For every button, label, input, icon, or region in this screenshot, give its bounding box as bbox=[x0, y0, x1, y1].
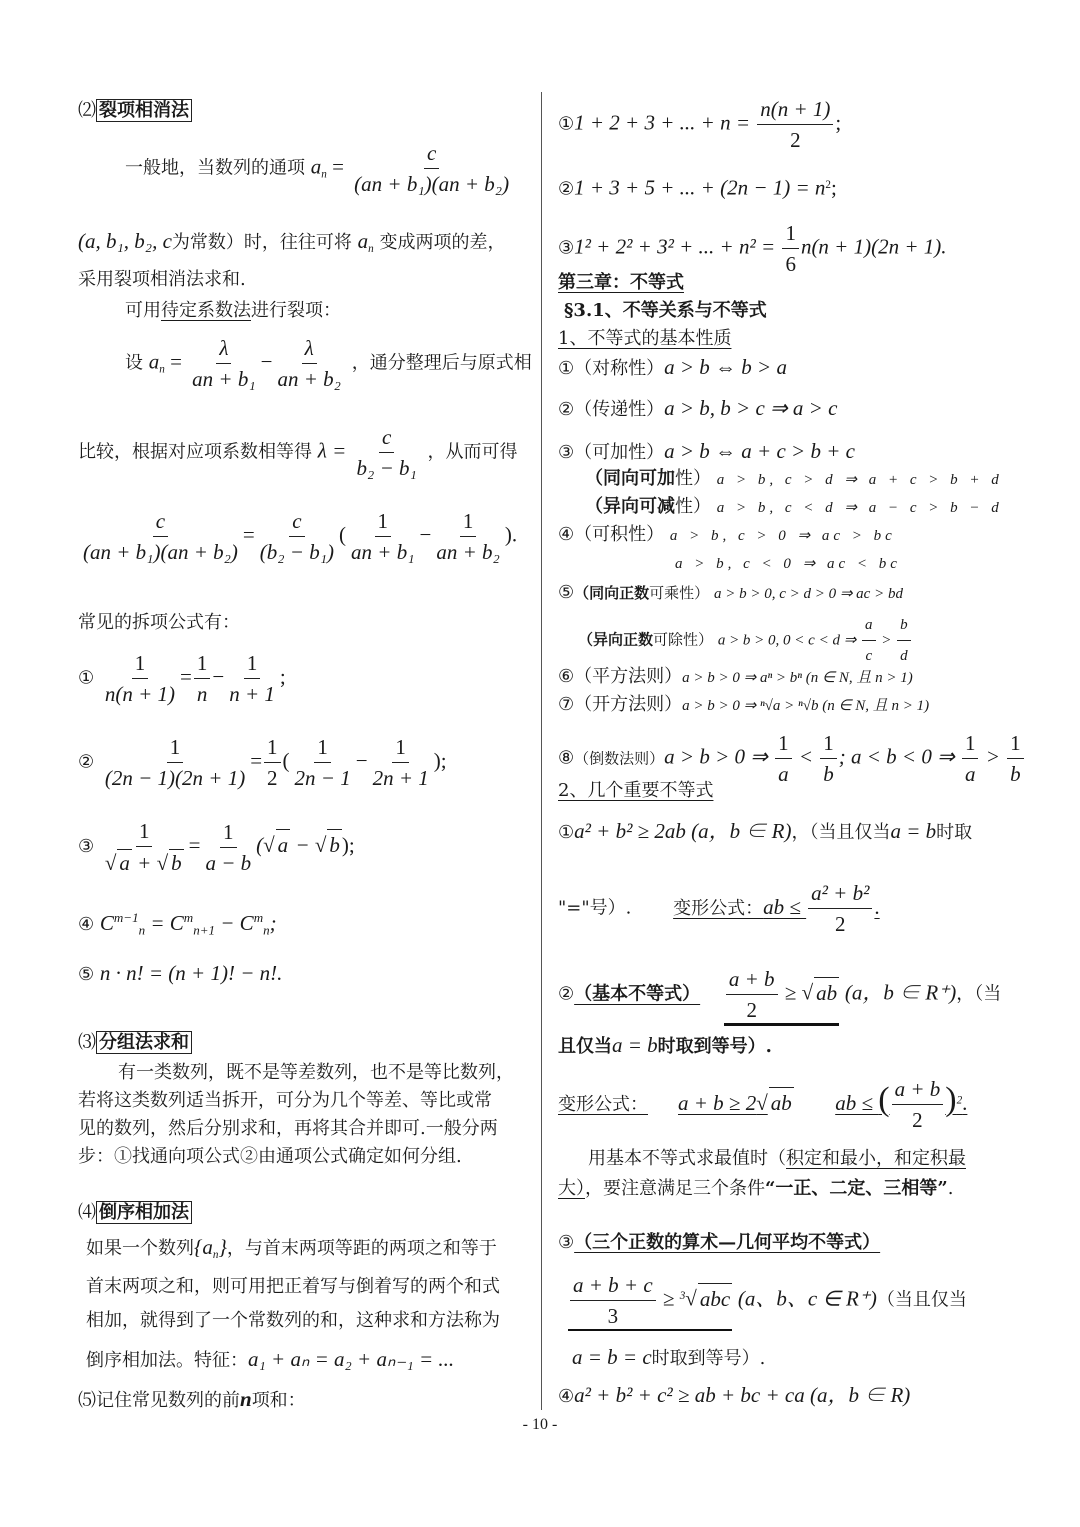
math: a² + b² + c² ≥ ab + bc + ca (a，b ∈ R) bbox=[574, 1383, 910, 1407]
fraction: 1an + b₂ bbox=[433, 508, 502, 565]
fraction: c(an + b₁)(an + b₂) bbox=[351, 140, 512, 197]
text-line: 步：①找通向项公式②由通项公式确定如何分组. bbox=[78, 1142, 462, 1172]
math: ab ≤ bbox=[835, 1091, 878, 1115]
item-number: ③ bbox=[558, 1232, 574, 1253]
denominator: n(n + 1) bbox=[102, 679, 178, 707]
text: 时取到等号）. bbox=[658, 1036, 772, 1057]
label: （可加性） bbox=[574, 442, 664, 463]
math: a + b ≥ 2 bbox=[678, 1091, 756, 1115]
denominator: 2n − 1 bbox=[292, 763, 354, 791]
text: ，从而可得 bbox=[428, 442, 518, 463]
denominator: b bbox=[820, 759, 837, 787]
section-number: ⑷ bbox=[78, 1202, 96, 1223]
property-6: ⑥（平方法则）a > b > 0 ⇒ aⁿ > bⁿ (n ∈ N, 且 n >… bbox=[558, 662, 913, 693]
numerator: 1 bbox=[167, 734, 184, 763]
math: a > b ⇔ b > a bbox=[664, 355, 787, 379]
label: （开方法则） bbox=[574, 694, 682, 715]
text: 设 bbox=[125, 353, 143, 374]
numerator: 1 bbox=[775, 730, 792, 759]
item-number: ④ bbox=[558, 1386, 574, 1407]
chapter-title: 第三章：不等式 bbox=[558, 268, 684, 298]
section-title: 分组法求和 bbox=[96, 1031, 192, 1054]
numerator: 1 bbox=[264, 734, 281, 763]
heading-split-term: ⑵裂项相消法 bbox=[78, 96, 192, 126]
label: 可除性） bbox=[653, 631, 713, 649]
math: (a，b ∈ R⁺) bbox=[845, 981, 956, 1005]
text: ，（当 bbox=[956, 984, 1001, 1005]
numerator: 1 bbox=[460, 508, 477, 537]
math: a > b > 0 ⇒ ⁿ√a > ⁿ√b (n ∈ N, 且 n > 1) bbox=[682, 698, 929, 714]
numerator: λ bbox=[302, 335, 317, 364]
text: 首末两项之和，则可用把正着写与倒着写的两个和式 bbox=[86, 1276, 500, 1297]
numerator: 1 bbox=[194, 650, 211, 679]
denominator: 2 bbox=[909, 1105, 926, 1133]
math: a > b > 0 ⇒ aⁿ > bⁿ (n ∈ N, 且 n > 1) bbox=[682, 670, 913, 686]
text: 若将这类数列适当拆开，可分为几个等差、等比或常 bbox=[78, 1090, 492, 1111]
math: a = b bbox=[891, 819, 937, 843]
property-3b: （异向可减性） a > b, c < d ⇒ a − c > b − d bbox=[585, 492, 1003, 523]
text: 进行裂项： bbox=[251, 300, 341, 321]
denominator: 2 bbox=[832, 909, 849, 937]
denominator: an + b₂ bbox=[433, 537, 502, 565]
math-sub: n bbox=[368, 243, 374, 255]
paragraph-method: 采用裂项相消法求和. bbox=[78, 265, 246, 295]
item-number: ③ bbox=[558, 442, 574, 463]
text-line: 倒序相加法。特征：a₁ + aₙ = a₂ + aₙ₋₁ = ... bbox=[86, 1344, 454, 1376]
math: a > b, c > d ⇒ a + c > b + d bbox=[717, 472, 1003, 488]
inequality-1-variant: "="号）. 变形公式：ab ≤ a² + b²2. bbox=[558, 880, 880, 937]
document-page: ⑵裂项相消法 一般地，当数列的通项 an = c(an + b₁)(an + b… bbox=[0, 0, 1080, 1527]
split-formula-3: ③ 1√a + √b=1a − b(√a − √b); bbox=[78, 818, 355, 876]
item-number: ② bbox=[558, 984, 574, 1005]
math: a² + b² ≥ 2ab (a，b ∈ R) bbox=[574, 819, 791, 843]
text: 且仅当 bbox=[558, 1036, 612, 1057]
denominator: 3 bbox=[605, 1301, 622, 1329]
split-formula-5: ⑤ n · n! = (n + 1)! − n!. bbox=[78, 958, 282, 990]
text: 记住常见数列的前 bbox=[96, 1390, 240, 1411]
math: a > b, c < d ⇒ a − c > b − d bbox=[717, 500, 1003, 516]
item-number: ② bbox=[558, 179, 574, 200]
math: a > b > 0, c > d > 0 ⇒ ac > bd bbox=[714, 586, 903, 602]
sub: n+1 bbox=[193, 922, 215, 937]
denominator: a bbox=[775, 759, 792, 787]
math: a = b bbox=[612, 1033, 658, 1057]
inequality-2-variant: 变形公式：a + b ≥ 2√ab ab ≤ (a + b2)2. bbox=[558, 1076, 967, 1133]
item-number: ⑧ bbox=[558, 748, 574, 769]
label: 可乘性） bbox=[649, 584, 709, 602]
denominator: (b₂ − b₁) bbox=[257, 537, 337, 565]
punct: ); bbox=[342, 833, 355, 857]
punct: ; bbox=[270, 911, 277, 935]
numerator: 1 bbox=[220, 819, 237, 848]
variant-formula: 变形公式：ab ≤ a² + b²2. bbox=[673, 898, 880, 919]
label: 变形公式： bbox=[558, 1094, 648, 1115]
denominator: 2 bbox=[787, 125, 804, 153]
property-4: ④（可积性） a > b, c > 0 ⇒ ac > bc bbox=[558, 520, 896, 551]
subsection-title: 1、不等式的基本性质 bbox=[558, 324, 731, 354]
text: 2、几个重要不等式 bbox=[558, 780, 713, 801]
text: 倒序相加法。特征： bbox=[86, 1350, 248, 1371]
numerator: 1 bbox=[132, 650, 149, 679]
text: 为常数）时，往往可将 bbox=[172, 232, 352, 253]
denominator: an + b₁ bbox=[348, 537, 417, 565]
inequality-3: a + b + c3 ≥ 3√abc (a、b、c ∈ R⁺)（当且仅当 bbox=[568, 1272, 967, 1331]
text: ，（当且仅当 bbox=[792, 822, 891, 843]
am-gm-3: a + b + c3 ≥ 3√abc bbox=[568, 1272, 732, 1331]
text: §3.1、不等关系与不等式 bbox=[564, 300, 767, 321]
math-lambda: λ = bbox=[318, 439, 352, 463]
math-vars: (a, b₁, b₂, c bbox=[78, 229, 172, 253]
item-number: ② bbox=[78, 752, 94, 773]
denominator: n + 1 bbox=[226, 679, 278, 707]
item-number: ① bbox=[558, 822, 574, 843]
math: a > b ⇔ a + c > b + c bbox=[664, 439, 855, 463]
denominator: 6 bbox=[782, 249, 799, 277]
sup: m bbox=[254, 910, 263, 925]
text: 变成两项的差， bbox=[379, 232, 505, 253]
text: 如果一个数列 bbox=[86, 1238, 194, 1259]
math: ≥ bbox=[658, 1287, 680, 1311]
page-number: - 10 - bbox=[0, 1416, 1080, 1434]
math: − C bbox=[215, 911, 254, 935]
underlined-text: 大） bbox=[558, 1178, 585, 1199]
fraction: c(an + b₁)(an + b₂) bbox=[80, 508, 241, 565]
column-divider bbox=[541, 92, 542, 1410]
section-number: ⑵ bbox=[78, 100, 96, 121]
numerator: n(n + 1) bbox=[757, 96, 833, 125]
paragraph-general-term: 一般地，当数列的通项 an = c(an + b₁)(an + b₂) bbox=[125, 140, 514, 197]
text-line: 若将这类数列适当拆开，可分为几个等差、等比或常 bbox=[78, 1086, 492, 1116]
text: 比较，根据对应项系数相等得 bbox=[78, 442, 312, 463]
variant-2: ab ≤ (a + b2)2. bbox=[835, 1094, 967, 1115]
heading-reverse-add: ⑷倒序相加法 bbox=[78, 1198, 192, 1228]
label: 变形公式： bbox=[673, 898, 763, 919]
math: a > b, c > 0 ⇒ ac > bc bbox=[670, 528, 896, 544]
text: 有一类数列，既不是等差数列，也不是等比数列， bbox=[118, 1062, 514, 1083]
text: 步：①找通向项公式②由通项公式确定如何分组. bbox=[78, 1146, 462, 1167]
label: （倒数法则） bbox=[574, 750, 664, 768]
math: a > b, c < 0 ⇒ ac < bc bbox=[675, 556, 901, 572]
text-line: 有一类数列，既不是等差数列，也不是等比数列， bbox=[118, 1058, 514, 1088]
math: ; a < b < 0 ⇒ bbox=[839, 745, 960, 769]
split-formula-4: ④ Cm−1n = Cmn+1 − Cmn; bbox=[78, 903, 277, 945]
label: （可积性） bbox=[574, 524, 664, 545]
item-number: ① bbox=[558, 114, 574, 135]
sup: m bbox=[184, 910, 193, 925]
underlined-text: 积定和最小，和定积最 bbox=[786, 1148, 966, 1169]
math: > bbox=[878, 633, 896, 649]
math: a > b > 0 ⇒ bbox=[664, 745, 773, 769]
denominator: an + b₁ bbox=[189, 364, 258, 392]
text: 相加，就得到了一个常数列的和，这种求和方法称为 bbox=[86, 1310, 500, 1331]
numerator: a + b + c bbox=[570, 1272, 656, 1301]
item-number: ⑤ bbox=[78, 964, 94, 985]
item-number: ③ bbox=[78, 836, 94, 857]
fraction: λan + b₁ bbox=[189, 335, 258, 392]
fraction: λan + b₂ bbox=[274, 335, 343, 392]
denominator: 2 bbox=[743, 995, 760, 1023]
label: 性） bbox=[675, 496, 711, 517]
label: 性） bbox=[675, 468, 711, 489]
text: 可用 bbox=[125, 300, 161, 321]
punct: . bbox=[874, 895, 879, 919]
math: 1² + 2² + 3² + ... + n² = bbox=[574, 235, 780, 259]
label: （异向正数 bbox=[578, 631, 653, 649]
punct: ; bbox=[280, 665, 286, 689]
math: > bbox=[980, 745, 1005, 769]
math: = C bbox=[145, 911, 184, 935]
text-line: 如果一个数列{an}，与首末两项等距的两项之和等于 bbox=[86, 1232, 497, 1270]
numerator: c bbox=[153, 508, 168, 537]
item-number: ④ bbox=[558, 524, 574, 545]
label: （同向正数 bbox=[574, 584, 649, 602]
text: 项和： bbox=[252, 1390, 306, 1411]
note-line-1: 用基本不等式求最值时（积定和最小，和定积最 bbox=[588, 1144, 966, 1174]
split-formula-1: ① 1n(n + 1)=1n−1n + 1; bbox=[78, 650, 286, 707]
basic-inequality: a + b2 ≥ √ab bbox=[724, 966, 839, 1026]
numerator: λ bbox=[216, 335, 231, 364]
numerator: c bbox=[289, 508, 304, 537]
text: 1、不等式的基本性质 bbox=[558, 328, 731, 349]
punct: ; bbox=[835, 111, 841, 135]
item-number: ④ bbox=[78, 914, 94, 935]
common-formulas-title: 常见的拆项公式有： bbox=[78, 608, 240, 638]
section-number: ⑸ bbox=[78, 1390, 96, 1411]
label: （平方法则） bbox=[574, 666, 682, 687]
text: 第三章：不等式 bbox=[558, 272, 684, 293]
math: ≥ bbox=[780, 981, 802, 1005]
label: （同向可加 bbox=[585, 468, 675, 489]
sum-formula-1: ①1 + 2 + 3 + ... + n = n(n + 1)2; bbox=[558, 96, 841, 153]
punct: ); bbox=[434, 749, 447, 773]
fraction: cb₂ − b₁ bbox=[354, 424, 420, 481]
item-number: ① bbox=[78, 668, 94, 689]
subsection-title-2: 2、几个重要不等式 bbox=[558, 776, 713, 806]
paragraph-undetermined: 可用待定系数法进行裂项： bbox=[125, 296, 341, 326]
text: 时取 bbox=[936, 822, 972, 843]
numerator: 1 bbox=[392, 734, 409, 763]
inequality-3-line2: a = b = c时取到等号）. bbox=[572, 1342, 765, 1374]
inequality-2: ②（基本不等式） a + b2 ≥ √ab (a，b ∈ R⁺)，（当 bbox=[558, 966, 1001, 1026]
sup: m−1 bbox=[114, 910, 139, 925]
text: ，与首末两项等距的两项之和等于 bbox=[227, 1238, 497, 1259]
math-eq: = bbox=[327, 155, 349, 179]
text-line: ⑸记住常见数列的前n项和： bbox=[78, 1384, 306, 1416]
fraction: 1an + b₁ bbox=[348, 508, 417, 565]
numerator: a bbox=[862, 612, 876, 641]
sqrt-b: b bbox=[327, 829, 342, 860]
math: {a bbox=[194, 1235, 213, 1259]
property-7: ⑦（开方法则）a > b > 0 ⇒ ⁿ√a > ⁿ√b (n ∈ N, 且 n… bbox=[558, 690, 929, 721]
denominator: b₂ − b₁ bbox=[354, 453, 420, 481]
denominator: (an + b₁)(an + b₂) bbox=[351, 169, 512, 197]
variant-1: 变形公式：a + b ≥ 2√ab bbox=[558, 1094, 794, 1115]
text-line: 首末两项之和，则可用把正着写与倒着写的两个和式 bbox=[86, 1272, 500, 1302]
text: 时取到等号）. bbox=[652, 1348, 766, 1369]
math: < bbox=[794, 745, 819, 769]
text: 一般地，当数列的通项 bbox=[125, 158, 305, 179]
label: （对称性） bbox=[574, 358, 664, 379]
label: （三个正数的算术—几何平均不等式） bbox=[574, 1232, 880, 1253]
numerator: 1 bbox=[375, 508, 392, 537]
item-number: ⑤ bbox=[558, 582, 574, 603]
inequality-1: ①a² + b² ≥ 2ab (a，b ∈ R)，（当且仅当a = b时取 bbox=[558, 816, 972, 848]
emphasis: “一正、二定、三相等” bbox=[765, 1178, 948, 1199]
numerator: a + b bbox=[726, 966, 778, 995]
math: (a、b、c ∈ R⁺) bbox=[738, 1287, 877, 1311]
property-2: ②（传递性）a > b, b > c ⇒ a > c bbox=[558, 393, 837, 425]
numerator: a² + b² bbox=[808, 880, 872, 909]
sqrt: ab bbox=[769, 1087, 794, 1118]
math: } bbox=[218, 1235, 226, 1259]
math: 1 + 3 + 5 + ... + (2n − 1) = n bbox=[574, 176, 825, 200]
denominator: 2n + 1 bbox=[370, 763, 432, 791]
formula-split-result: c(an + b₁)(an + b₂)=c(b₂ − b₁)(1an + b₁−… bbox=[78, 508, 517, 565]
sum-formula-2: ②1 + 3 + 5 + ... + (2n − 1) = n2; bbox=[558, 170, 837, 205]
item-number: ② bbox=[558, 399, 574, 420]
sqrt-b: b bbox=[169, 849, 184, 876]
math: 1 + 2 + 3 + ... + n = bbox=[574, 111, 755, 135]
numerator: 1 bbox=[136, 818, 153, 847]
punct: ; bbox=[831, 176, 837, 200]
denominator: a − b bbox=[202, 848, 254, 876]
numerator: 1 bbox=[314, 734, 331, 763]
sqrt-a: a bbox=[117, 849, 132, 876]
heading-grouping: ⑶分组法求和 bbox=[78, 1028, 192, 1058]
numerator: c bbox=[379, 424, 394, 453]
math-var: a bbox=[311, 155, 322, 179]
math: a = b = c bbox=[572, 1345, 652, 1369]
item-number: ⑥ bbox=[558, 666, 574, 687]
note-line-2: 大），要注意满足三个条件“一正、二定、三相等”. bbox=[558, 1174, 953, 1204]
text: ，要注意满足三个条件 bbox=[585, 1178, 765, 1199]
math: n bbox=[240, 1387, 252, 1411]
property-3a: （同向可加性） a > b, c > d ⇒ a + c > b + d bbox=[585, 464, 1003, 495]
inequality-2-line2: 且仅当a = b时取到等号）. bbox=[558, 1030, 772, 1062]
math: ab ≤ bbox=[763, 895, 806, 919]
text: ，通分整理后与原式相 bbox=[352, 353, 532, 374]
punct: ). bbox=[505, 523, 517, 547]
denominator: n bbox=[194, 679, 211, 707]
section-title: 裂项相消法 bbox=[96, 99, 192, 122]
denominator: (2n − 1)(2n + 1) bbox=[102, 763, 248, 791]
sqrt: abc bbox=[698, 1283, 732, 1314]
section-number: ⑶ bbox=[78, 1032, 96, 1053]
numerator: 1 bbox=[1007, 730, 1024, 759]
numerator: 1 bbox=[962, 730, 979, 759]
numerator: a + b bbox=[892, 1076, 944, 1105]
math: n(n + 1)(2n + 1). bbox=[801, 235, 947, 259]
numerator: 1 bbox=[244, 650, 261, 679]
text: 常见的拆项公式有： bbox=[78, 612, 240, 633]
math: a₁ + aₙ = a₂ + aₙ₋₁ = ... bbox=[248, 1347, 454, 1371]
formula-lambda-value: 比较，根据对应项系数相等得 λ = cb₂ − b₁ ，从而可得 bbox=[78, 424, 518, 481]
math: n · n! = (n + 1)! − n!. bbox=[100, 961, 282, 985]
math: C bbox=[100, 911, 114, 935]
math-var: a bbox=[358, 229, 369, 253]
label: （基本不等式） bbox=[574, 984, 700, 1005]
math: a > b > 0, 0 < c < d ⇒ bbox=[718, 633, 860, 649]
item-number: ① bbox=[558, 358, 574, 379]
fraction: c(b₂ − b₁) bbox=[257, 508, 337, 565]
property-5b: （异向正数可除性） a > b > 0, 0 < c < d ⇒ ac > bd bbox=[578, 612, 913, 669]
text: "="号）. bbox=[558, 898, 631, 919]
item-number: ⑦ bbox=[558, 694, 574, 715]
sqrt: ab bbox=[814, 977, 839, 1008]
numerator: 1 bbox=[820, 730, 837, 759]
punct: . bbox=[962, 1091, 967, 1115]
section-title: 倒序相加法 bbox=[96, 1201, 192, 1224]
item-number: ③ bbox=[558, 238, 574, 259]
property-1: ①（对称性）a > b ⇔ b > a bbox=[558, 352, 787, 384]
section-title: §3.1、不等关系与不等式 bbox=[564, 296, 767, 326]
numerator: 1 bbox=[782, 220, 799, 249]
numerator: b bbox=[897, 612, 911, 641]
denominator: 2 bbox=[264, 763, 281, 791]
text-line: 相加，就得到了一个常数列的和，这种求和方法称为 bbox=[86, 1306, 500, 1336]
denominator: an + b₂ bbox=[274, 364, 343, 392]
math: a > b, b > c ⇒ a > c bbox=[664, 396, 837, 420]
formula-lambda-setup: 设 an = λan + b₁−λan + b₂ ，通分整理后与原式相 bbox=[125, 335, 532, 392]
paragraph-constants: (a, b₁, b₂, c为常数）时，往往可将 an 变成两项的差， bbox=[78, 226, 505, 264]
label: （传递性） bbox=[574, 399, 664, 420]
text: （当且仅当 bbox=[877, 1290, 967, 1311]
property-4b: a > b, c < 0 ⇒ ac < bc bbox=[675, 548, 901, 579]
text: 见的数列，然后分别求和，再将其合并即可.一般分两 bbox=[78, 1118, 498, 1139]
numerator: c bbox=[424, 140, 439, 169]
text: 用基本不等式求最值时（ bbox=[588, 1148, 786, 1169]
text-line: 见的数列，然后分别求和，再将其合并即可.一般分两 bbox=[78, 1114, 498, 1144]
underlined-term: 待定系数法 bbox=[161, 300, 251, 321]
punct: . bbox=[948, 1178, 954, 1199]
inequality-3-title: ③（三个正数的算术—几何平均不等式） bbox=[558, 1228, 880, 1258]
text: 采用裂项相消法求和. bbox=[78, 269, 246, 290]
denominator: (an + b₁)(an + b₂) bbox=[80, 537, 241, 565]
denominator: b bbox=[1007, 759, 1024, 787]
split-formula-2: ② 1(2n − 1)(2n + 1)=12(12n − 1−12n + 1); bbox=[78, 734, 447, 791]
inequality-4: ④a² + b² + c² ≥ ab + bc + ca (a，b ∈ R) bbox=[558, 1380, 910, 1412]
sqrt-a: a bbox=[276, 829, 291, 860]
denominator: a bbox=[962, 759, 979, 787]
label: （异向可减 bbox=[585, 496, 675, 517]
property-5: ⑤（同向正数可乘性） a > b > 0, c > d > 0 ⇒ ac > b… bbox=[558, 578, 903, 609]
